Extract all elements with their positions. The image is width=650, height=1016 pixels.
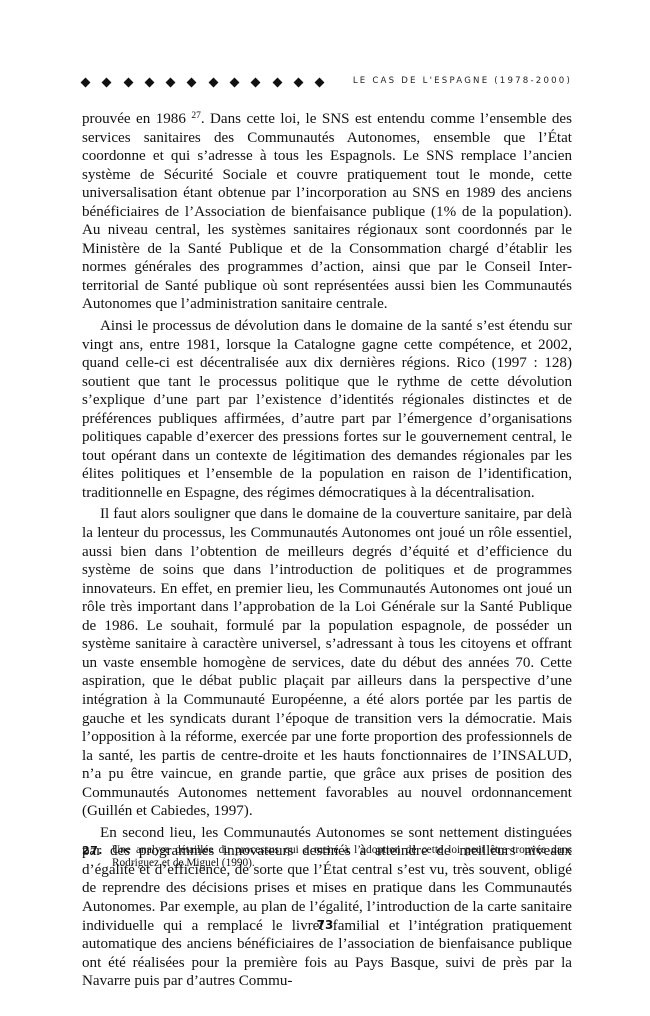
header-ornament: [82, 76, 338, 86]
diamond-icon: [123, 78, 133, 88]
footnote-number: 27.: [82, 844, 112, 870]
diamond-icon: [272, 78, 282, 88]
diamond-icon: [315, 78, 325, 88]
diamond-icon: [166, 78, 176, 88]
running-head: LE CAS DE L'ESPAGNE (1978-2000): [82, 76, 572, 90]
diamond-icon: [294, 78, 304, 88]
diamond-icon: [81, 78, 91, 88]
paragraph-text: . Dans cette loi, le SNS est entendu com…: [82, 111, 572, 312]
diamond-icon: [187, 78, 197, 88]
paragraph-text: prouvée en 1986: [82, 111, 191, 127]
diamond-icon: [208, 78, 218, 88]
footnote-text: Une analyse détaillée du processus qui a…: [112, 844, 572, 870]
diamond-icon: [102, 78, 112, 88]
running-head-title: LE CAS DE L'ESPAGNE (1978-2000): [353, 76, 572, 86]
page-number: 73: [0, 918, 650, 932]
paragraph: Ainsi le processus de dévolution dans le…: [82, 317, 572, 502]
diamond-icon: [144, 78, 154, 88]
paragraph: Il faut alors souligner que dans le doma…: [82, 505, 572, 820]
paragraph: prouvée en 1986 27. Dans cette loi, le S…: [82, 110, 572, 314]
diamond-icon: [251, 78, 261, 88]
footnote-reference[interactable]: 27: [191, 111, 201, 121]
diamond-icon: [230, 78, 240, 88]
footnote: 27. Une analyse détaillée du processus q…: [82, 844, 572, 870]
